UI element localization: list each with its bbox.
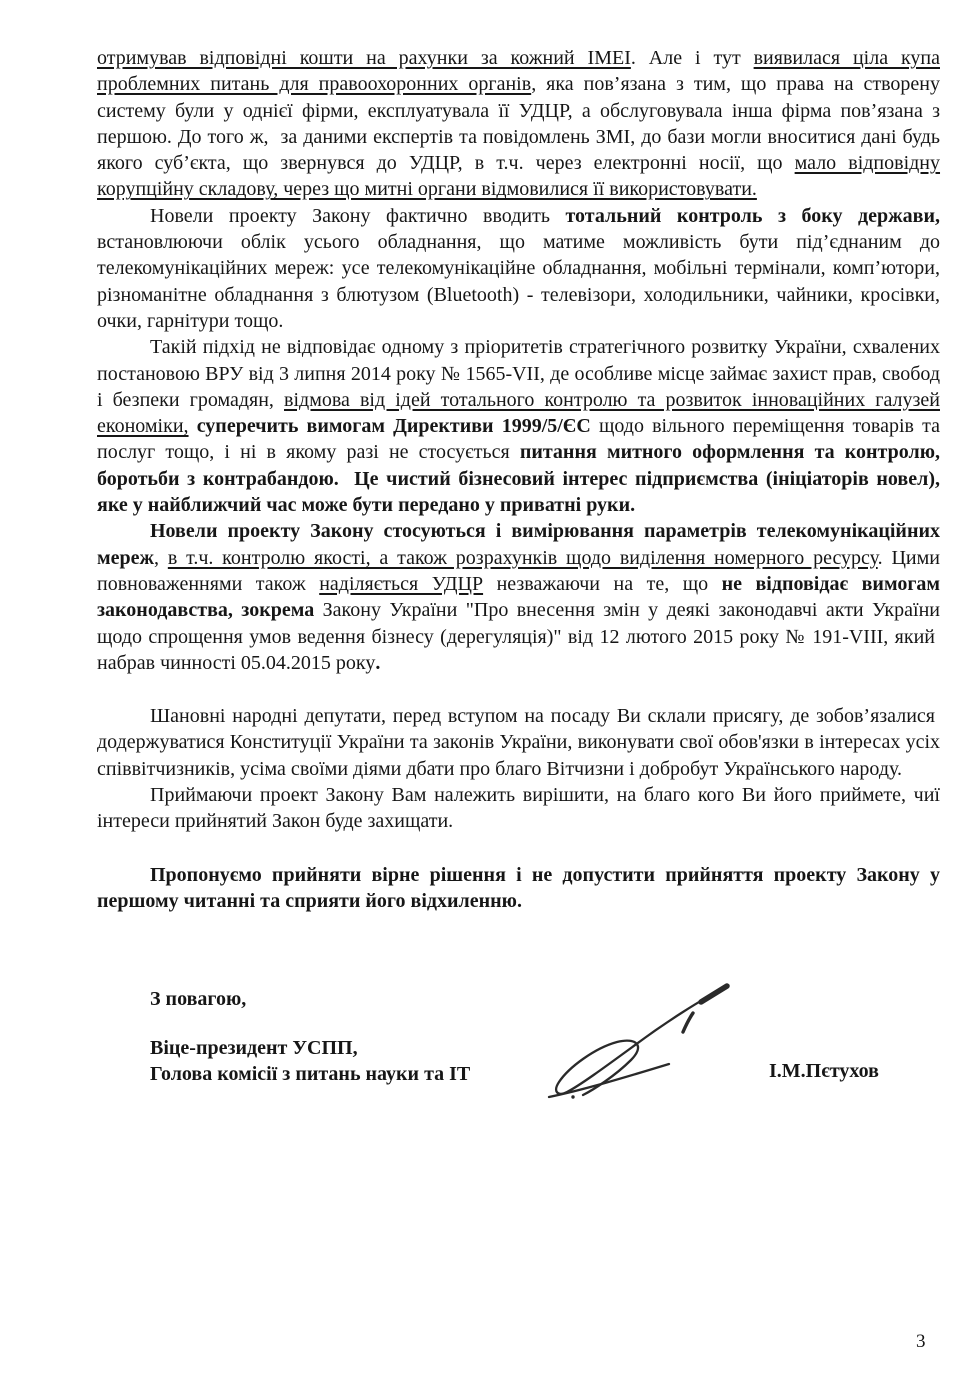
paragraph: Приймаючи проект Закону Вам належить вир… <box>97 782 940 835</box>
text-run: Пропонуємо прийняти вірне рішення і не д… <box>97 864 940 912</box>
paragraph: Пропонуємо прийняти вірне рішення і не д… <box>97 862 940 915</box>
paragraph-container: отримував відповідні кошти на рахунки за… <box>97 45 940 914</box>
paragraph: Новели проекту Закону стосуються і вимір… <box>97 518 940 676</box>
text-run: наділяється УДЦР <box>319 573 483 595</box>
text-run: , <box>154 547 168 569</box>
text-run: отримував відповідні кошти на рахунки за… <box>97 47 631 69</box>
text-run: в т.ч. контролю якості, а також розрахун… <box>168 547 878 569</box>
text-run: Новели проекту Закону фактично вводить <box>150 205 565 227</box>
text-run: . Але і тут <box>631 47 754 69</box>
page-number: 3 <box>916 1331 926 1353</box>
paragraph: Новели проекту Закону фактично вводить т… <box>97 203 940 334</box>
document-body: отримував відповідні кошти на рахунки за… <box>97 45 940 1087</box>
text-run <box>189 415 197 437</box>
paragraph: Такій підхід не відповідає одному з пріо… <box>97 334 940 518</box>
text-run: тотальний контроль з боку держави, <box>565 205 940 227</box>
text-run: . <box>375 652 380 674</box>
signature-icon <box>543 978 735 1102</box>
text-run: Приймаючи проект Закону Вам належить вир… <box>97 784 940 832</box>
text-run: незважаючи на те, що <box>483 573 722 595</box>
paragraph: отримував відповідні кошти на рахунки за… <box>97 45 940 203</box>
document-page: отримував відповідні кошти на рахунки за… <box>0 0 980 1387</box>
text-run: суперечить вимогам Директиви 1999/5/ЄС <box>197 415 591 437</box>
text-run: Шановні народні депутати, перед вступом … <box>97 705 940 780</box>
signer-name: І.М.Пєтухов <box>769 1058 879 1084</box>
paragraph: Шановні народні депутати, перед вступом … <box>97 703 940 782</box>
signer-title-line1: Віце-президент УСПП, <box>97 1035 940 1061</box>
closing-salutation: З повагою, <box>97 986 940 1012</box>
text-run: встановлюючи облік усього обладнання, що… <box>97 231 940 332</box>
closing-block: З повагою, Віце-президент УСПП, Голова к… <box>97 986 940 1087</box>
